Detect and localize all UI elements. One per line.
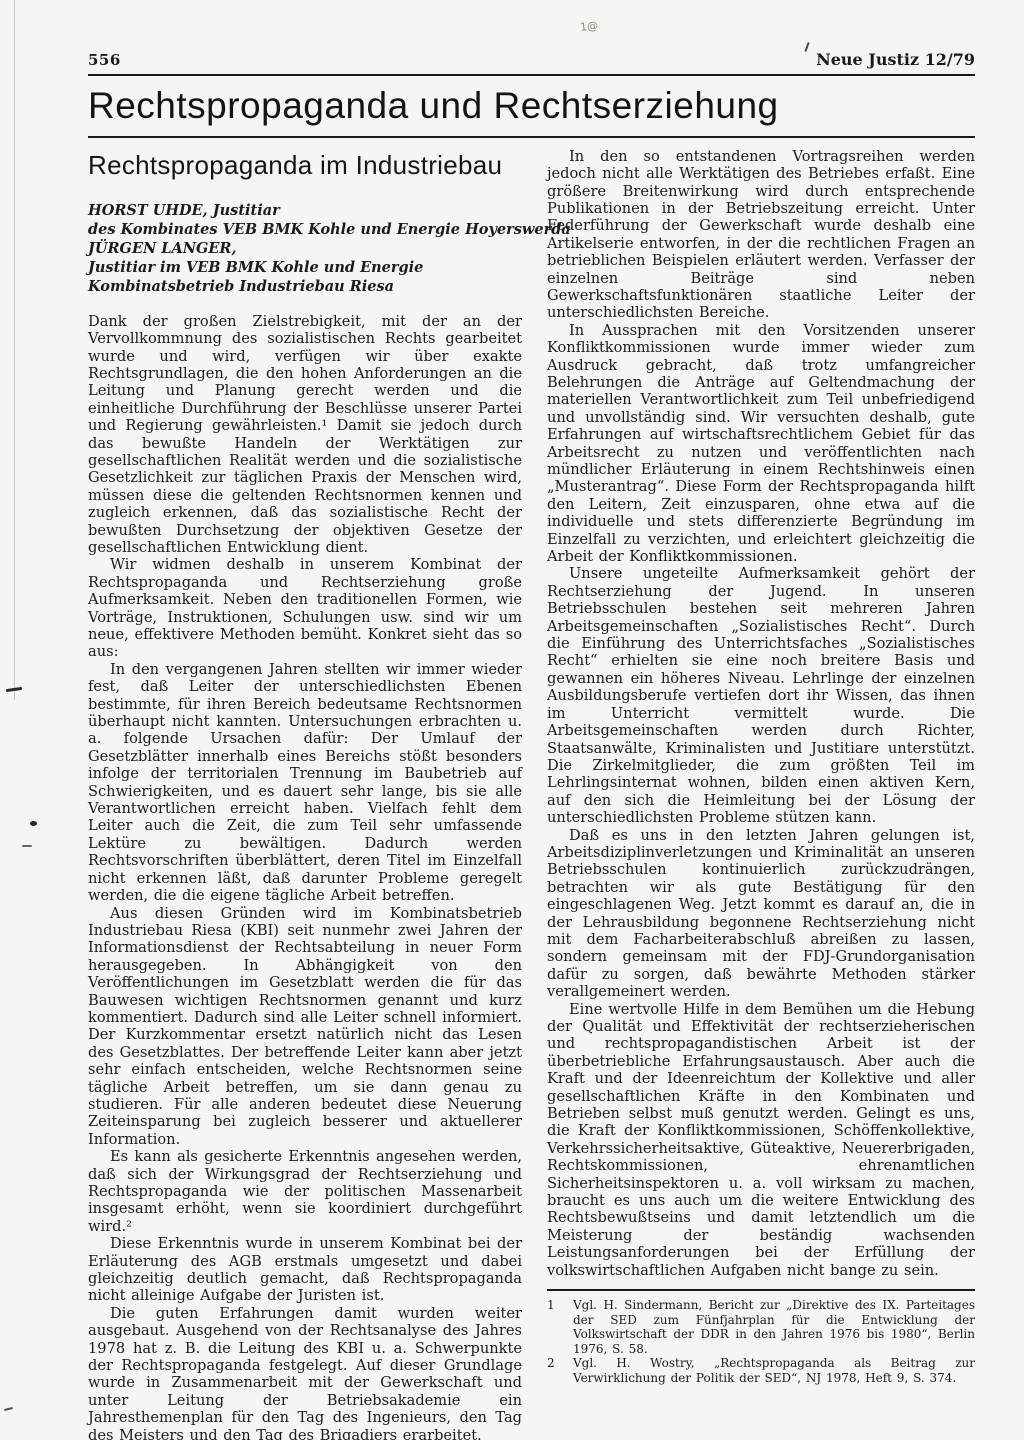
author-line: Justitiar im VEB BMK Kohle und Energie [88, 258, 522, 277]
footnote-number: 1 [547, 1298, 573, 1356]
author-line: JÜRGEN LANGER, [88, 239, 522, 258]
paragraph: Die guten Erfahrungen damit wurden weite… [88, 1305, 522, 1440]
paragraph: Es kann als gesicherte Erkenntnis angese… [88, 1148, 522, 1235]
footnote-list: 1 Vgl. H. Sindermann, Bericht zur „Direk… [547, 1298, 975, 1386]
section-title: Rechtspropaganda und Rechtserziehung [88, 86, 975, 127]
author-line: Kombinatsbetrieb Industriebau Riesa [88, 277, 522, 296]
paragraph: Dank der großen Zielstrebigkeit, mit der… [88, 313, 522, 557]
paragraph: In den so entstandenen Vortragsreihen we… [547, 148, 975, 322]
footnote-item: 1 Vgl. H. Sindermann, Bericht zur „Direk… [547, 1298, 975, 1356]
article-title: Rechtspropaganda im Industriebau [88, 150, 522, 181]
paragraph: In Aussprachen mit den Vorsitzenden unse… [547, 322, 975, 566]
right-column-text: In den so entstandenen Vortragsreihen we… [547, 148, 975, 1279]
header-rule [88, 74, 975, 76]
author-block: HORST UHDE, Justitiar des Kombinates VEB… [88, 201, 522, 296]
journal-title: Neue Justiz 12/79 [816, 50, 975, 69]
paragraph: Aus diesen Gründen wird im Kombinatsbetr… [88, 905, 522, 1149]
journal-page: 556 Neue Justiz 12/79 Rechtspropaganda u… [0, 0, 1024, 1440]
left-column-text: Dank der großen Zielstrebigkeit, mit der… [88, 313, 522, 1440]
paragraph: Wir widmen deshalb in unserem Kombinat d… [88, 556, 522, 660]
author-line: des Kombinates VEB BMK Kohle und Energie… [88, 220, 522, 239]
footnote-text: Vgl. H. Wostry, „Rechtspropaganda als Be… [573, 1356, 975, 1385]
footnote-item: 2 Vgl. H. Wostry, „Rechtspropaganda als … [547, 1356, 975, 1385]
left-column: Rechtspropaganda im Industriebau HORST U… [88, 148, 522, 1440]
paragraph: Unsere ungeteilte Aufmerksamkeit gehört … [547, 565, 975, 826]
right-column: In den so entstandenen Vortragsreihen we… [547, 148, 975, 1440]
footnote-text: Vgl. H. Sindermann, Bericht zur „Direkti… [573, 1298, 975, 1356]
page-number: 556 [88, 51, 121, 69]
page-header: 556 Neue Justiz 12/79 [88, 50, 975, 69]
two-column-body: Rechtspropaganda im Industriebau HORST U… [88, 148, 975, 1440]
footnote-number: 2 [547, 1356, 573, 1385]
paragraph: Daß es uns in den letzten Jahren gelunge… [547, 827, 975, 1001]
paragraph: Diese Erkenntnis wurde in unserem Kombin… [88, 1235, 522, 1305]
paragraph: In den vergangenen Jahren stellten wir i… [88, 661, 522, 905]
paragraph: Eine wertvolle Hilfe in dem Bemühen um d… [547, 1001, 975, 1280]
footnote-rule [547, 1289, 975, 1291]
footnote-block: 1 Vgl. H. Sindermann, Bericht zur „Direk… [547, 1289, 975, 1386]
section-title-rule [88, 136, 975, 138]
author-line: HORST UHDE, Justitiar [88, 201, 522, 220]
